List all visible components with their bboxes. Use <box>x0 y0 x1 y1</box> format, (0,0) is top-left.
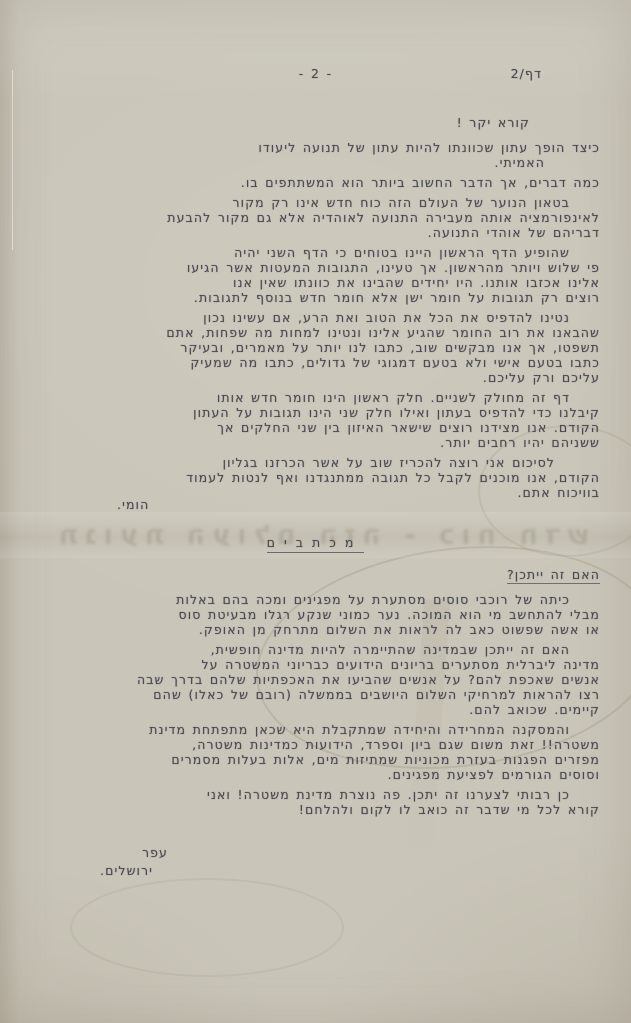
text-line: משטרה!! זאת משום שגם ביון וספרד, הידועות… <box>62 737 600 752</box>
text-line: האמיתי. <box>62 155 600 170</box>
page-header: - 2 - דף/2 <box>0 66 631 84</box>
text-line: מדינה ליברלית מסתערים בריונים הידועים כב… <box>62 657 600 672</box>
paragraph: לסיכום אני רוצה להכריז שוב על אשר הכרזנו… <box>62 455 600 500</box>
paragraph: האם זה ייתכן שבמדינה שהתיימרה להיות מדינ… <box>62 642 600 717</box>
text-line: מבלי להתחשב מי הוא המוכה. נער כמוני שנקע… <box>62 607 600 622</box>
editorial-signature: הומי. <box>117 497 149 512</box>
paragraph: כיצד הופך עתון שכוונתו להיות עתון של תנו… <box>62 140 600 170</box>
letters-section-title: מכתבים <box>267 535 365 553</box>
text-line: כיצד הופך עתון שכוונתו להיות עתון של תנו… <box>62 140 600 155</box>
paragraph: נטינו להדפיס את הכל את הטוב ואת הרע, אם … <box>62 310 600 385</box>
text-line: שהופיע הדף הראשון היינו בטוחים כי הדף הש… <box>62 245 600 260</box>
text-line: רצו להראות למרחיקי השלום היושבים בממשלה … <box>62 687 600 702</box>
text-line: אלינו אכזבו אותנו. היו יחידים שהבינו את … <box>62 275 600 290</box>
text-line: בטאון הנוער של העולם הזה כוח חדש אינו רק… <box>62 195 600 210</box>
text-line: כיתה של רוכבי סוסים מסתערת על מפגינים ומ… <box>62 592 600 607</box>
text-line: כן רבותי לצערנו זה יתכן. פה נוצרת מדינת … <box>62 787 600 802</box>
text-line: דף זה מחולק לשניים. חלק ראשון הינו חומר … <box>62 390 600 405</box>
text-line: והמסקנה המחרידה והיחידה שמתקבלת היא שכאן… <box>62 722 600 737</box>
letter-title: האם זה ייתכן? <box>507 567 600 584</box>
text-line: קורא לכל מי שדבר זה כואב לו לקום ולהלחם! <box>62 802 600 817</box>
letter-body: כיתה של רוכבי סוסים מסתערת על מפגינים ומ… <box>62 592 600 822</box>
paragraph: דף זה מחולק לשניים. חלק ראשון הינו חומר … <box>62 390 600 450</box>
text-line: עליכם ורק עליכם. <box>62 370 600 385</box>
document-reference: דף/2 <box>511 66 542 81</box>
text-line: שהבאנו את רוב החומר שהגיע אלינו ונטינו ל… <box>62 325 600 340</box>
letter-signature-name: עפר <box>142 845 168 860</box>
paragraph: שהופיע הדף הראשון היינו בטוחים כי הדף הש… <box>62 245 600 305</box>
letter-signature-city: ירושלים. <box>100 863 153 878</box>
paragraph: כן רבותי לצערנו זה יתכן. פה נוצרת מדינת … <box>62 787 600 817</box>
text-line: כמה דברים, אך הדבר החשוב ביותר הוא המשתת… <box>62 175 600 190</box>
text-line: נטינו להדפיס את הכל את הטוב ואת הרע, אם … <box>62 310 600 325</box>
text-line: תשפטו, אך אנו מבקשים שוב, כתבו לנו יותר … <box>62 340 600 355</box>
stain-ring <box>70 878 344 977</box>
text-line: האם זה ייתכן שבמדינה שהתיימרה להיות מדינ… <box>62 642 600 657</box>
text-line: רוצים רק תגובות על חומר ישן אלא חומר חדש… <box>62 290 600 305</box>
text-line: הקודם, אנו מוכנים לקבל כל תגובה ממתנגדנו… <box>62 470 600 485</box>
text-line: ששניהם יהיו רחבים יותר. <box>62 435 600 450</box>
paragraph: בטאון הנוער של העולם הזה כוח חדש אינו רק… <box>62 195 600 240</box>
editorial-paragraphs: כיצד הופך עתון שכוונתו להיות עתון של תנו… <box>62 140 600 500</box>
salutation: קורא יקר ! <box>62 115 600 130</box>
text-line: פי שלוש ויותר מהראשון. אך טעינו, התגובות… <box>62 260 600 275</box>
text-line: וסוסים הגורמים לפציעת מפגינים. <box>62 767 600 782</box>
text-line: אנשים שאכפת להם? על אנשים שהביעו את האכפ… <box>62 672 600 687</box>
letters-section: מכתבים <box>0 535 631 553</box>
paragraph: כמה דברים, אך הדבר החשוב ביותר הוא המשתת… <box>62 175 600 190</box>
text-line: לאינפורמציה אותה מעבירה התנועה לאוהדיה א… <box>62 210 600 225</box>
text-line: או אשה שפשוט כאב לה לראות את השלום מתרחק… <box>62 622 600 637</box>
text-line: דבריהם של אוהדי התנועה. <box>62 225 600 240</box>
paragraph: והמסקנה המחרידה והיחידה שמתקבלת היא שכאן… <box>62 722 600 782</box>
scanned-page: תנועת העולם הזה - כוח חדש - 2 - דף/2 קור… <box>0 0 631 1023</box>
text-line: הקודם. אנו מצידנו רוצים שישאר האיזון בין… <box>62 420 600 435</box>
text-line: קיבלנו כדי להדפיס בעתון ואילו חלק שני הי… <box>62 405 600 420</box>
text-line: לסיכום אני רוצה להכריז שוב על אשר הכרזנו… <box>62 455 600 470</box>
text-line: כתבו בטעם אישי ולא בטעם דמגוגי של גדולים… <box>62 355 600 370</box>
text-line: מפזרים הפגנות בעזרת מכוניות שמתיזות מים,… <box>62 752 600 767</box>
page-edge-line <box>12 70 13 250</box>
editorial-section: קורא יקר ! כיצד הופך עתון שכוונתו להיות … <box>62 115 600 505</box>
text-line: קיימים. שכואב להם. <box>62 702 600 717</box>
paragraph: כיתה של רוכבי סוסים מסתערת על מפגינים ומ… <box>62 592 600 637</box>
